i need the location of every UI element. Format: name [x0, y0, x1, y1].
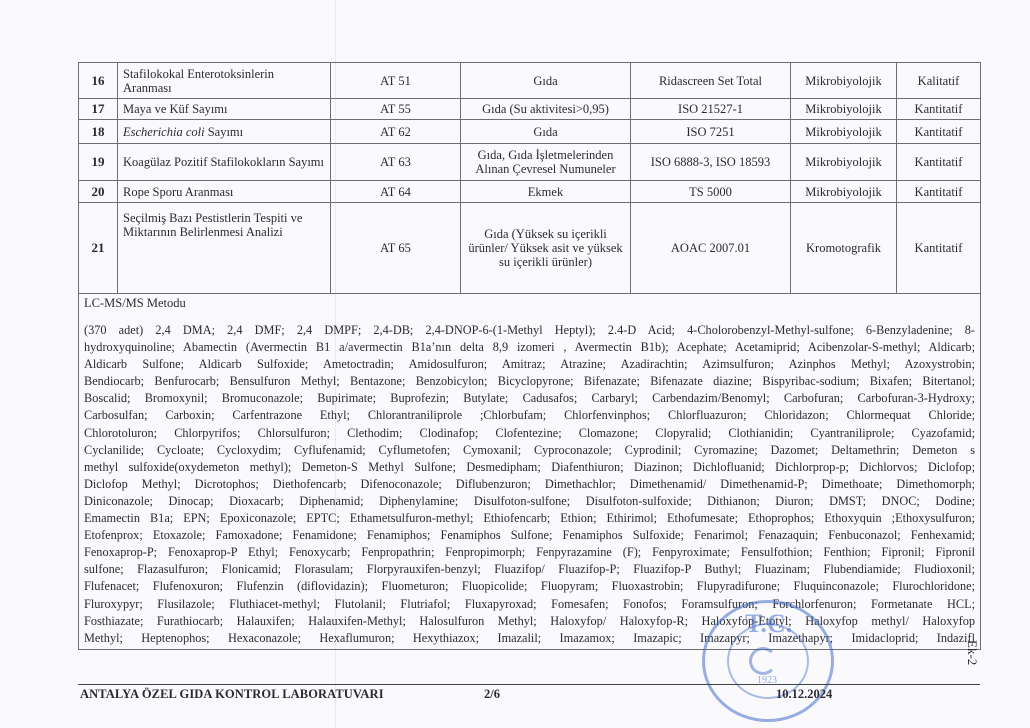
analysis-table: 16 Stafilokokal Enterotoksinlerin Aranma… [78, 62, 981, 650]
pesticide-list-line: Boscalid; Bromoxynil; Bromuconazole; Bup… [84, 390, 975, 407]
pesticide-list-line: Methyl; Heptenophos; Hexaconazole; Hexaf… [84, 630, 975, 647]
pesticide-list-line: methyl sulfoxide(oxydemeton methyl); Dem… [84, 459, 975, 476]
analysis-type: Mikrobiyolojik [791, 63, 897, 99]
matrix: Gıda, Gıda İşletmelerinden Alınan Çevres… [461, 144, 631, 181]
matrix: Gıda [461, 63, 631, 99]
test-name: Stafilokokal Enterotoksinlerin Aranması [118, 63, 331, 99]
row-number: 17 [79, 99, 118, 120]
reference-method: ISO 6888-3, ISO 18593 [631, 144, 791, 181]
method-code: AT 55 [331, 99, 461, 120]
reference-method: Ridascreen Set Total [631, 63, 791, 99]
table-row: 20 Rope Sporu Aranması AT 64 Ekmek TS 50… [79, 181, 981, 203]
reference-method: ISO 21527-1 [631, 99, 791, 120]
table-row: 17 Maya ve Küf Sayımı AT 55 Gıda (Su akt… [79, 99, 981, 120]
document-date: 10.12.2024 [776, 687, 832, 702]
method-code: AT 64 [331, 181, 461, 203]
matrix: Ekmek [461, 181, 631, 203]
table-row: 21 Seçilmiş Bazı Pestistlerin Tespiti ve… [79, 203, 981, 294]
result-type: Kantitatif [897, 99, 981, 120]
lcms-section: LC-MS/MS Metodu (370 adet) 2,4 DMA; 2,4 … [79, 294, 981, 650]
pesticide-list: (370 adet) 2,4 DMA; 2,4 DMF; 2,4 DMPF; 2… [84, 322, 975, 647]
test-name: Escherichia coli Sayımı [118, 120, 331, 144]
footer-lab-name: ANTALYA ÖZEL GIDA KONTROL LABORATUVARI [80, 687, 384, 702]
pesticide-list-line: Diniconazole; Dinocap; Dioxacarb; Diphen… [84, 493, 975, 510]
table-row: 18 Escherichia coli Sayımı AT 62 Gıda IS… [79, 120, 981, 144]
matrix: Gıda [461, 120, 631, 144]
result-type: Kantitatif [897, 120, 981, 144]
test-name: Seçilmiş Bazı Pestistlerin Tespiti ve Mi… [118, 203, 331, 294]
pesticide-list-line: Etofenprox; Etoxazole; Famoxadone; Fenam… [84, 527, 975, 544]
result-type: Kantitatif [897, 203, 981, 294]
document-page: 16 Stafilokokal Enterotoksinlerin Aranma… [0, 0, 1030, 728]
matrix: Gıda (Yüksek su içerikli ürünler/ Yüksek… [461, 203, 631, 294]
footer-divider [78, 684, 980, 685]
pesticide-list-line: hydroxyquinoline; Abamectin (Avermectin … [84, 339, 975, 356]
result-type: Kantitatif [897, 144, 981, 181]
method-code: AT 62 [331, 120, 461, 144]
method-code: AT 51 [331, 63, 461, 99]
reference-method: TS 5000 [631, 181, 791, 203]
result-type: Kalitatif [897, 63, 981, 99]
row-number: 19 [79, 144, 118, 181]
table-row: 19 Koagülaz Pozitif Stafilokokların Sayı… [79, 144, 981, 181]
method-code: AT 65 [331, 203, 461, 294]
pesticide-list-line: Emamectin B1a; EPN; Epoxiconazole; EPTC;… [84, 510, 975, 527]
stamp-initials: T.C. [745, 609, 792, 639]
matrix: Gıda (Su aktivitesi>0,95) [461, 99, 631, 120]
pesticide-list-line: Fenoxaprop-P; Fenoxaprop-P Ethyl; Fenoxy… [84, 544, 975, 561]
pesticide-list-line: Fosthiazate; Furathiocarb; Halauxifen; H… [84, 613, 975, 630]
test-name-rest: Sayımı [205, 125, 244, 139]
row-number: 21 [79, 203, 118, 294]
pesticide-list-line: Bendiocarb; Benfurocarb; Bensulfuron Met… [84, 373, 975, 390]
reference-method: AOAC 2007.01 [631, 203, 791, 294]
pesticide-list-line: Flufenacet; Flufenoxuron; Flufenzin (dif… [84, 578, 975, 595]
analysis-type: Mikrobiyolojik [791, 144, 897, 181]
species-name: Escherichia coli [123, 125, 205, 139]
test-name: Rope Sporu Aranması [118, 181, 331, 203]
method-code: AT 63 [331, 144, 461, 181]
row-number: 18 [79, 120, 118, 144]
test-name: Koagülaz Pozitif Stafilokokların Sayımı [118, 144, 331, 181]
official-stamp: T.C. 1923 [702, 600, 834, 722]
table-row: 16 Stafilokokal Enterotoksinlerin Aranma… [79, 63, 981, 99]
pesticide-list-line: Aldicarb Sulfone; Aldicarb Sulfoxide; Am… [84, 356, 975, 373]
lcms-title: LC-MS/MS Metodu [84, 296, 975, 310]
pesticide-list-line: Carbosulfan; Carboxin; Carfentrazone Eth… [84, 407, 975, 424]
row-number: 20 [79, 181, 118, 203]
pesticide-list-line: (370 adet) 2,4 DMA; 2,4 DMF; 2,4 DMPF; 2… [84, 322, 975, 339]
row-number: 16 [79, 63, 118, 99]
pesticide-list-line: Cyclanilide; Cycloate; Cycloxydim; Cyflu… [84, 442, 975, 459]
test-name: Maya ve Küf Sayımı [118, 99, 331, 120]
result-type: Kantitatif [897, 181, 981, 203]
lcms-cell: LC-MS/MS Metodu (370 adet) 2,4 DMA; 2,4 … [79, 294, 981, 650]
analysis-type: Kromotografik [791, 203, 897, 294]
analysis-type: Mikrobiyolojik [791, 181, 897, 203]
annex-label: Ek-2 [964, 640, 980, 665]
reference-method: ISO 7251 [631, 120, 791, 144]
pesticide-list-line: Fluroxypyr; Flusilazole; Fluthiacet-meth… [84, 596, 975, 613]
pesticide-list-line: sulfone; Flazasulfuron; Flonicamid; Flor… [84, 561, 975, 578]
pesticide-list-line: Chlorotoluron; Chlorpyrifos; Chlorsulfur… [84, 425, 975, 442]
analysis-type: Mikrobiyolojik [791, 99, 897, 120]
crescent-icon [749, 647, 777, 675]
page-number: 2/6 [484, 687, 500, 702]
pesticide-list-line: Diclofop Methyl; Dicrotophos; Diethofenc… [84, 476, 975, 493]
analysis-type: Mikrobiyolojik [791, 120, 897, 144]
